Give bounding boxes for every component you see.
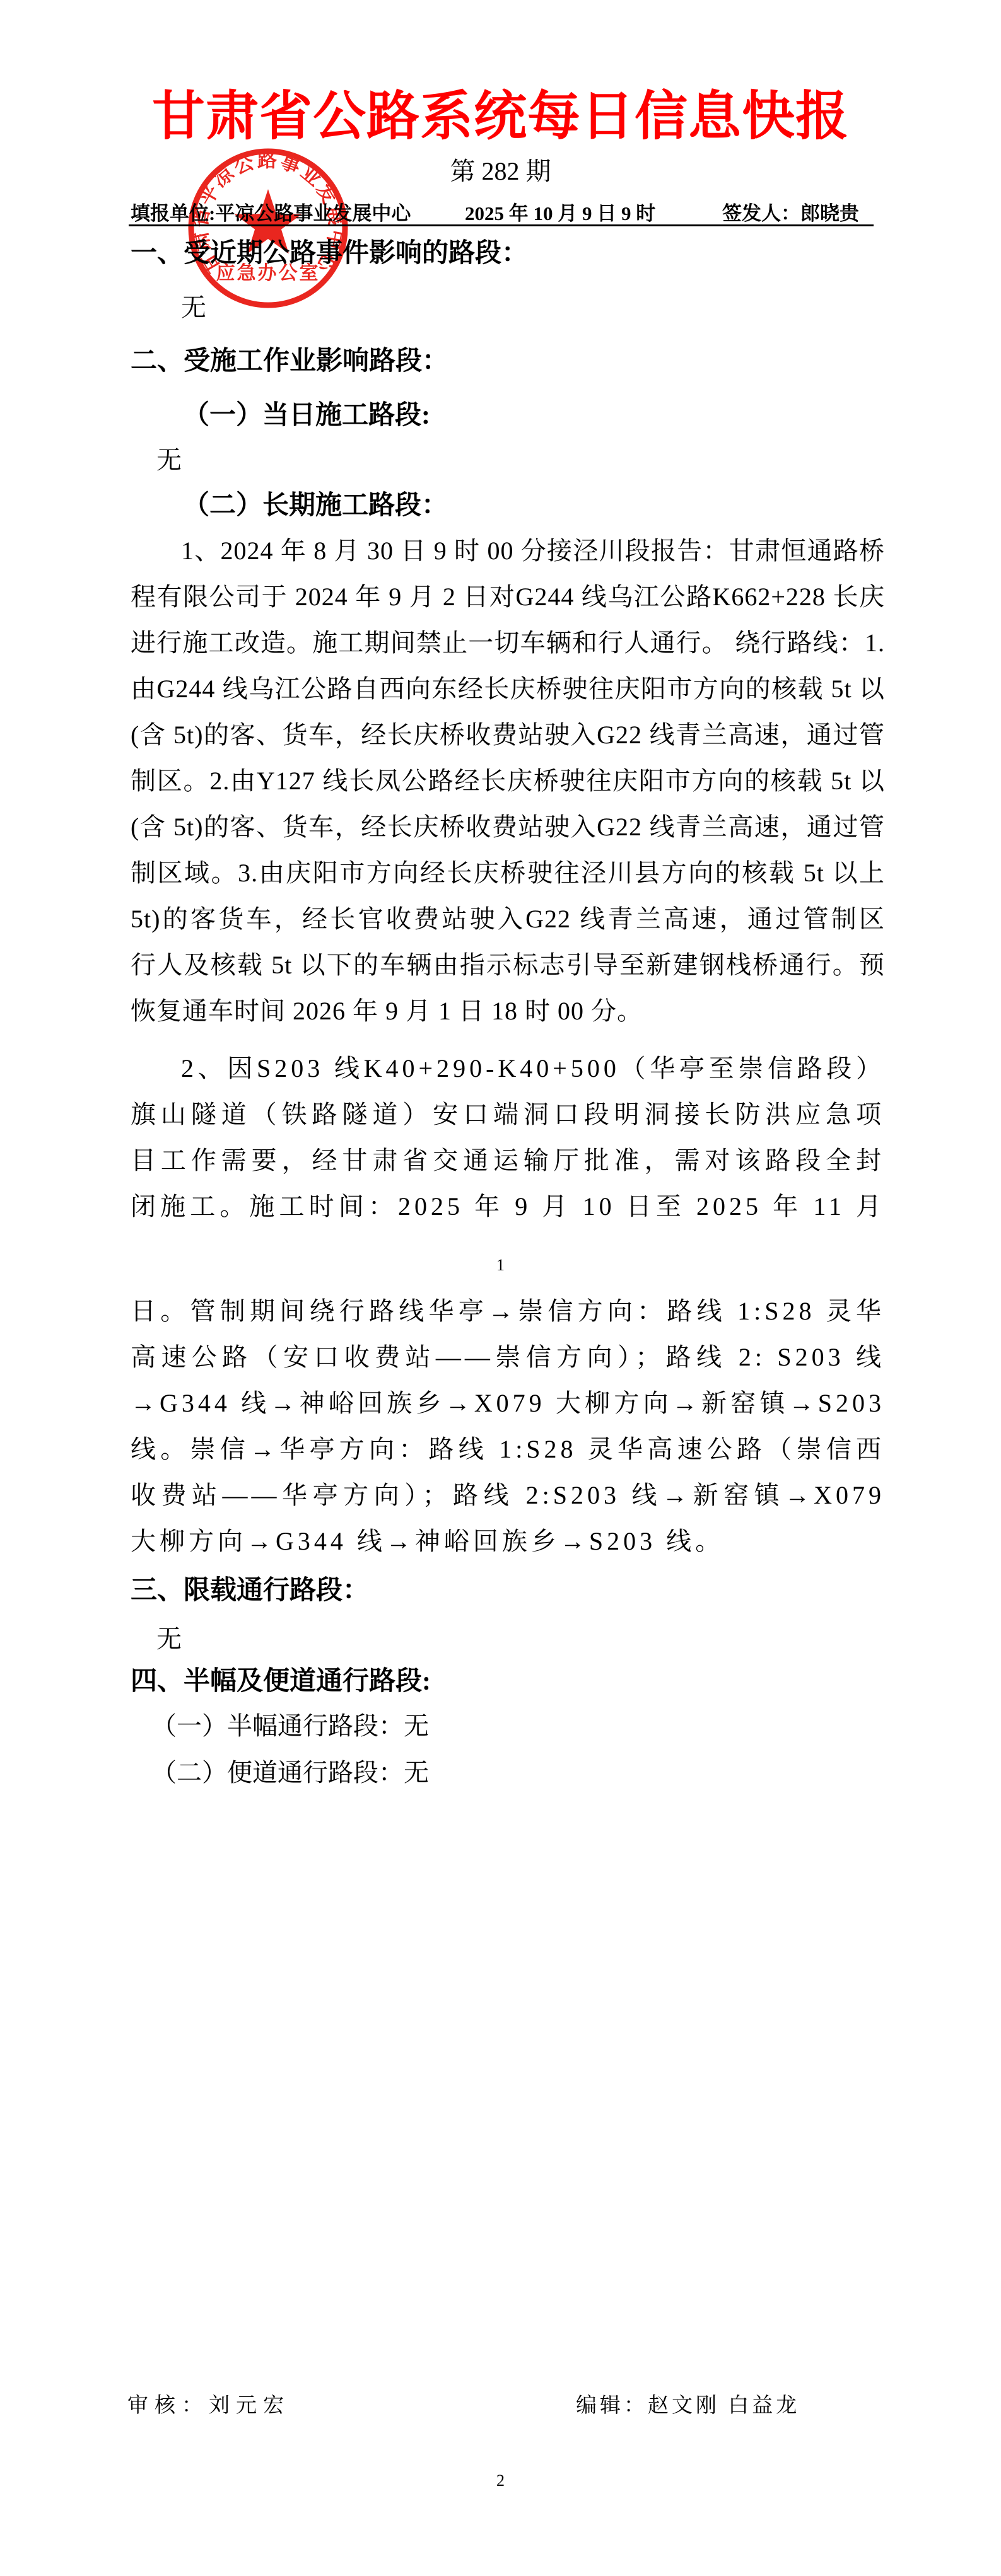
paragraph-line: 5t)的客货车，经长官收费站驶入G22 线青兰高速，通过管制区域。4.: [131, 896, 885, 942]
footer-editors: 编辑：赵文刚 白益龙: [576, 2394, 800, 2419]
section-2-sub-1-content-none: 无: [156, 445, 182, 475]
document-page: 甘肃省公路系统每日信息快报 第 282 期 填报单位:平凉公路事业发展中心 20…: [0, 0, 1001, 2576]
section-1-content-none: 无: [181, 293, 206, 323]
paragraph-line: 高速公路（安口收费站——崇信方向）；路线 2: S203 线: [131, 1334, 885, 1380]
page-number-1: 1: [0, 1256, 1001, 1275]
paragraph-line: 制区域。3.由庆阳市方向经长庆桥驶往泾川县方向的核载 5t 以上(含: [131, 850, 885, 896]
section-2-sub-1-heading: （一）当日施工路段:: [183, 400, 430, 431]
page-number-2: 2: [0, 2471, 1001, 2490]
footer-reviewer: 审核：刘元宏: [127, 2394, 290, 2419]
section-2-sub-2-heading: （二）长期施工路段：: [183, 490, 448, 521]
issuer: 签发人：郎晓贵: [722, 202, 859, 225]
section-4-sub-2: （二）便道通行路段：无: [151, 1758, 429, 1788]
long-term-item-2-part1: 2、因S203 线K40+290-K40+500（华亭至崇信路段）摇旗山隧道（铁…: [131, 1045, 885, 1229]
issue-number: 第 282 期: [0, 158, 1001, 185]
long-term-item-1: 1、2024 年 8 月 30 日 9 时 00 分接泾川段报告：甘肃恒通路桥工…: [131, 528, 885, 1034]
paragraph-line: 恢复通车时间 2026 年 9 月 1 日 18 时 00 分。: [131, 988, 885, 1034]
paragraph-line: 旗山隧道（铁路隧道）安口端洞口段明洞接长防洪应急项: [131, 1091, 885, 1137]
paragraph-line: (含 5t)的客、货车，经长庆桥收费站驶入G22 线青兰高速，通过管: [131, 804, 885, 850]
long-term-item-2-part2: 日。管制期间绕行路线华亭→崇信方向：路线 1:S28 灵华高速公路（安口收费站—…: [131, 1288, 885, 1564]
paragraph-line: 日。管制期间绕行路线华亭→崇信方向：路线 1:S28 灵华: [131, 1288, 885, 1334]
section-3-heading: 三、限载通行路段：: [131, 1575, 369, 1606]
section-2-heading: 二、受施工作业影响路段：: [131, 345, 448, 377]
paragraph-line: 行人及核载 5t 以下的车辆由指示标志引导至新建钢栈桥通行。预计: [131, 942, 885, 988]
paragraph-line: (含 5t)的客、货车，经长庆桥收费站驶入G22 线青兰高速，通过管: [131, 712, 885, 758]
section-3-content-none: 无: [156, 1624, 182, 1654]
section-4-heading: 四、半幅及便道通行路段:: [131, 1666, 431, 1697]
paragraph-line: 目工作需要，经甘肃省交通运输厅批准，需对该路段全封: [131, 1137, 885, 1183]
paragraph-line: 线。崇信→华亭方向：路线 1:S28 灵华高速公路（崇信西: [131, 1426, 885, 1472]
document-title: 甘肃省公路系统每日信息快报: [0, 88, 1001, 146]
paragraph-line: 进行施工改造。施工期间禁止一切车辆和行人通行。 绕行路线：1.: [131, 620, 885, 666]
paragraph-line: 程有限公司于 2024 年 9 月 2 日对G244 线乌江公路K662+228…: [131, 574, 885, 620]
header-rule: [129, 224, 874, 226]
reporting-unit: 填报单位:平凉公路事业发展中心: [131, 202, 411, 225]
section-1-heading: 一、受近期公路事件影响的路段：: [131, 238, 528, 269]
paragraph-line: 制区。2.由Y127 线长凤公路经长庆桥驶往庆阳市方向的核载 5t 以上: [131, 758, 885, 804]
paragraph-line: 收费站——华亭方向）；路线 2:S203 线→新窑镇→X079: [131, 1472, 885, 1518]
paragraph-line: 由G244 线乌江公路自西向东经长庆桥驶往庆阳市方向的核载 5t 以上: [131, 666, 885, 712]
paragraph-line: →G344 线→神峪回族乡→X079 大柳方向→新窑镇→S203: [131, 1380, 885, 1426]
report-datetime: 2025 年 10 月 9 日 9 时: [465, 202, 655, 225]
paragraph-line: 大柳方向→G344 线→神峪回族乡→S203 线。: [131, 1518, 885, 1564]
section-4-sub-1: （一）半幅通行路段：无: [151, 1711, 429, 1741]
paragraph-line: 2、因S203 线K40+290-K40+500（华亭至崇信路段）摇: [131, 1045, 885, 1091]
paragraph-line: 1、2024 年 8 月 30 日 9 时 00 分接泾川段报告：甘肃恒通路桥工: [131, 528, 885, 574]
paragraph-line: 闭施工。施工时间：2025 年 9 月 10 日至 2025 年 11 月 15: [131, 1183, 885, 1229]
